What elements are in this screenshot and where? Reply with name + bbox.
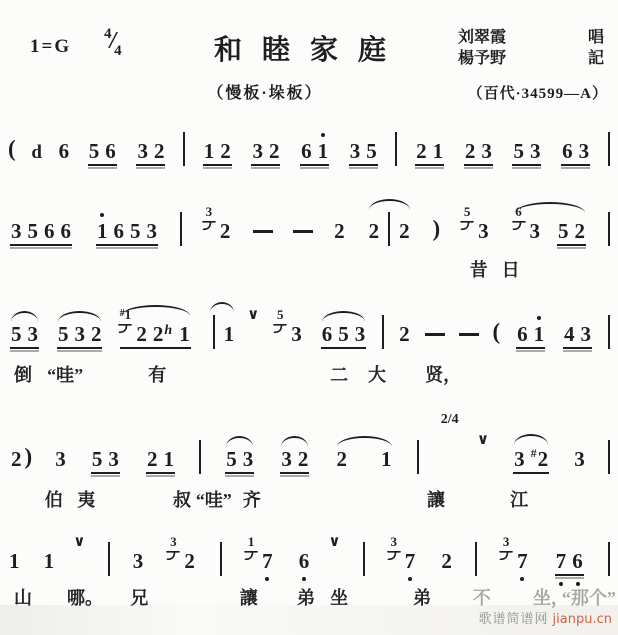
note-digit-3: 3 — [71, 324, 88, 345]
note-digit-3: 3 — [132, 551, 145, 572]
lyrics-row: 伯夷叔“哇”齐讓江 — [8, 486, 610, 510]
credits: 刘翠霞 唱 楊予野 記 — [458, 28, 604, 70]
note-digit-2: 2 — [413, 141, 430, 162]
note-digit-3: 3 — [347, 141, 364, 162]
slur-group: 53 — [8, 324, 41, 345]
digit: 6 — [299, 549, 310, 573]
grace-hook-icon — [273, 323, 287, 334]
digit: 2 — [11, 447, 22, 471]
beamed-group: 17 — [244, 545, 276, 572]
barline — [183, 132, 185, 166]
transcriber-role: 記 — [588, 49, 604, 70]
beamed-group: 56 — [86, 141, 119, 162]
system-4: 2)353215332212/4∨3#23伯夷叔“哇”齐讓江 — [8, 436, 610, 510]
digit: 3 — [530, 219, 541, 243]
note-digit-6: 6 — [559, 141, 576, 162]
beamed-group: 21 — [413, 141, 446, 162]
grace-hook-icon — [166, 550, 180, 561]
lyric-syllable: “哇” — [196, 486, 232, 512]
digit: 1 — [534, 322, 545, 346]
lyric-syllable: 江 — [510, 486, 528, 512]
digit: 3 — [355, 322, 366, 346]
lyrics-row: 山哪。兄讓弟坐弟不坐，“那个” — [8, 584, 610, 608]
lyric-syllable: 日 — [502, 256, 520, 282]
digit: 2 — [399, 219, 410, 243]
pickup-letter: d — [31, 143, 42, 162]
grace-hook-icon — [118, 323, 132, 334]
digit: 2 — [136, 322, 147, 346]
digit: 5 — [130, 219, 141, 243]
note-digit-2: 2 — [217, 141, 234, 162]
grace-note: 3 — [202, 204, 216, 231]
digit: 2 — [538, 447, 549, 471]
grace-note: #1 — [118, 307, 132, 334]
note-digit-1: 1 — [94, 221, 111, 242]
credit-singer: 刘翠霞 唱 — [458, 28, 604, 49]
digit: 6 — [322, 322, 333, 346]
digit: 3 — [74, 322, 85, 346]
digit: 1 — [179, 322, 190, 346]
beamed-group: 3566 — [8, 221, 74, 242]
grace-digit-row: 3 — [391, 534, 398, 550]
duration-dash — [253, 230, 273, 233]
slur-group: 532 — [55, 324, 105, 345]
note-digit-3: 3 — [8, 221, 25, 242]
note-digit-2: 2 — [398, 324, 411, 345]
grace-digit: 6 — [515, 204, 522, 219]
time-signature: 4/4 — [104, 26, 122, 60]
digit: 2 — [399, 322, 410, 346]
duration-dash — [459, 333, 479, 336]
digit: 3 — [579, 139, 590, 163]
grace-digit: 5 — [464, 204, 471, 219]
note-digit-5: 5 — [127, 221, 144, 242]
slur-group: 653 — [319, 324, 369, 345]
barline — [199, 440, 201, 474]
note-digit-4: 4 — [561, 324, 578, 345]
digit: 2 — [298, 447, 309, 471]
grace-digit-row: 5 — [464, 204, 471, 220]
key-signature: 1=G — [30, 36, 71, 58]
high-octave-dot — [321, 133, 325, 137]
note-digit-1: 1 — [315, 141, 332, 162]
note-digit-2: 2 — [295, 449, 312, 470]
digit: 3 — [581, 322, 592, 346]
note-digit-3: 3 — [54, 449, 67, 470]
note-digit-1: 1 — [8, 551, 21, 572]
note-digit-5: 5 — [86, 141, 103, 162]
note-digit-5: 5 — [335, 324, 352, 345]
digit: 1 — [433, 139, 444, 163]
beamed-group: 37 — [499, 545, 531, 572]
beamed-group: 32 — [134, 141, 167, 162]
note-digit-2: 2 — [572, 221, 589, 242]
note-digit-3: 3 — [105, 449, 122, 470]
notation-row: 53532#122h11∨536532(6143 — [8, 311, 610, 345]
note-digit-2: #2 — [528, 447, 552, 470]
lyric-syllable: “哇” — [47, 361, 83, 387]
note-digit-6: 6 — [58, 141, 71, 162]
note-digit-2: 2 — [266, 141, 283, 162]
grace-hook-icon — [512, 220, 526, 231]
digit: 5 — [58, 322, 69, 346]
digit: 1 — [97, 219, 108, 243]
singer-name: 刘翠霞 — [458, 28, 506, 49]
grace-hook-icon — [499, 550, 513, 561]
lyric-syllable: 讓 — [427, 486, 445, 512]
note-digit-7: 7 — [514, 551, 531, 572]
high-octave-dot — [537, 316, 541, 320]
digit: 2 — [465, 139, 476, 163]
high-octave-dot — [100, 213, 104, 217]
note-digit-2: 2 — [366, 221, 383, 242]
system-5: 11∨332176∨3723776山哪。兄讓弟坐弟不坐，“那个” — [8, 538, 610, 608]
open-paren-symbol: ( — [8, 137, 16, 160]
note-digit-5: 5 — [510, 141, 527, 162]
digit: 5 — [513, 139, 524, 163]
lyric-syllable: 叔 — [173, 486, 191, 512]
barline — [608, 542, 610, 576]
digit: 6 — [562, 139, 573, 163]
grace-note: 6 — [512, 204, 526, 231]
grace-digit-row: #1 — [120, 307, 132, 323]
barline — [475, 542, 477, 576]
digit: 2 — [369, 219, 380, 243]
slur-group: 21 — [334, 449, 395, 470]
grace-hook-icon — [387, 550, 401, 561]
sharp-sign: # — [531, 446, 537, 460]
note-digit-6: 6 — [58, 221, 75, 242]
grace-digit: 1 — [248, 534, 255, 549]
note-digit-6: 6 — [102, 141, 119, 162]
barline — [608, 315, 610, 349]
note-digit-1: 1 — [531, 324, 548, 345]
singer-role: 唱 — [588, 28, 604, 49]
breath-mark-icon: ∨ — [328, 532, 340, 550]
watermark: 歌谱简谱网jianpu.cn — [479, 608, 612, 627]
beamed-group: 53 — [89, 449, 122, 470]
beamed-group: 32 — [249, 141, 282, 162]
digit: 3 — [574, 447, 585, 471]
barline — [388, 212, 390, 246]
beamed-group: 35 — [347, 141, 380, 162]
digit: 7 — [556, 549, 567, 573]
slur-group: 22 — [366, 212, 413, 242]
barline — [608, 132, 610, 166]
note-digit-2: 2 — [144, 449, 161, 470]
beamed-group: 37 — [387, 545, 419, 572]
grace-digit-row: 1 — [248, 534, 255, 550]
lyric-syllable: 夷 — [77, 486, 95, 512]
barline — [213, 315, 215, 349]
lyric-syllable: 伯 — [45, 486, 63, 512]
note-digit-3: 3 — [478, 141, 495, 162]
grace-note: 3 — [387, 534, 401, 561]
barline — [608, 440, 610, 474]
notation-row: (d656321232613521235363 — [8, 128, 610, 162]
digit: 1 — [318, 139, 329, 163]
grace-digit-row: 5 — [277, 307, 284, 323]
note-digit-6: 6 — [569, 551, 586, 572]
note-digit-5: 5 — [89, 449, 106, 470]
grace-digit: 1 — [125, 307, 132, 322]
note-digit-3: 3 — [578, 324, 595, 345]
grace-note: 5 — [460, 204, 474, 231]
beamed-group: 32 — [166, 545, 198, 572]
breath-mark-icon: ∨ — [477, 430, 489, 448]
slur-group: 53 — [223, 449, 256, 470]
note-digit-2: 2 — [396, 221, 413, 242]
note-digit-7: 7 — [553, 551, 570, 572]
lyric-syllable: 不 — [473, 584, 491, 610]
lyric-syllable: 兄 — [130, 584, 148, 610]
digit: 1 — [9, 549, 20, 573]
digit: 3 — [481, 139, 492, 163]
note-digit-2: 2h — [150, 324, 176, 345]
note-digit-1: 1 — [221, 324, 238, 345]
beamed-group: 1653 — [94, 221, 160, 242]
note-digit-3: 3 — [288, 324, 305, 345]
digit: 6 — [517, 322, 528, 346]
song-title: 和睦家庭 — [150, 28, 450, 68]
note-digit-6: 6 — [319, 324, 336, 345]
note-digit-3: 3 — [249, 141, 266, 162]
digit: 2 — [184, 549, 195, 573]
note-digit-3: 3 — [352, 324, 369, 345]
lyric-syllable: 昔 — [470, 256, 488, 282]
note-digit-3: 3 — [143, 221, 160, 242]
slur-group: 6352 — [512, 215, 589, 242]
digit: 7 — [405, 549, 416, 573]
grace-digit: 5 — [277, 307, 284, 322]
note-digit-2: 2 — [462, 141, 479, 162]
close-paren-symbol: ) — [433, 217, 441, 240]
note-digit-3: 3 — [573, 449, 586, 470]
record-label: （百代·34599—A） — [468, 82, 608, 103]
digit: 3 — [530, 139, 541, 163]
digit: 1 — [204, 139, 215, 163]
lyric-syllable: 讓 — [240, 584, 258, 610]
digit: 5 — [366, 139, 377, 163]
note-digit-2: 2 — [217, 221, 234, 242]
slur-group: 1 — [207, 315, 238, 345]
note-digit-6: 6 — [298, 141, 315, 162]
note-digit-2: 2 — [333, 221, 346, 242]
note-digit-3: 3 — [475, 221, 492, 242]
transcriber-name: 楊予野 — [458, 49, 506, 70]
low-octave-dot — [520, 577, 524, 581]
digit: 6 — [301, 139, 312, 163]
barline — [417, 440, 419, 474]
digit: 2 — [575, 219, 586, 243]
digit: 3 — [146, 219, 157, 243]
slur-group: 32 — [278, 449, 311, 470]
note-digit-3: 3 — [134, 141, 151, 162]
grace-hook-icon — [202, 220, 216, 231]
breath-mark-icon: ∨ — [73, 532, 85, 550]
digit: 3 — [478, 219, 489, 243]
barline — [180, 212, 182, 246]
note-digit-1: 1 — [43, 551, 56, 572]
digit: 3 — [243, 447, 254, 471]
grace-digit: 3 — [391, 534, 398, 549]
grace-digit-row: 3 — [206, 204, 213, 220]
note-digit-7: 7 — [259, 551, 276, 572]
lyric-syllable: 大 — [368, 361, 386, 387]
digit: 6 — [61, 219, 72, 243]
note-digit-3: 3 — [511, 449, 528, 470]
digit: 2 — [334, 219, 345, 243]
digit: 1 — [164, 447, 175, 471]
lyric-syllable: 二 — [330, 361, 348, 387]
barline — [220, 542, 222, 576]
low-octave-dot — [302, 577, 306, 581]
digit: 6 — [113, 219, 124, 243]
note-digit-5: 5 — [555, 221, 572, 242]
digit: 5 — [89, 139, 100, 163]
beamed-group: 2) — [8, 447, 32, 470]
digit: 5 — [11, 322, 22, 346]
digit: 3 — [350, 139, 361, 163]
digit: 6 — [572, 549, 583, 573]
grace-note: 3 — [166, 534, 180, 561]
system-3: 53532#122h11∨536532(6143倒“哇”有二大贤， — [8, 311, 610, 385]
beamed-group: 32 — [202, 215, 234, 242]
system-1: (d656321232613521235363 — [8, 128, 610, 162]
digit: 3 — [252, 139, 263, 163]
digit: 3 — [133, 549, 144, 573]
digit: 3 — [28, 322, 39, 346]
slur-group: #122h1 — [118, 318, 192, 345]
digit: 2 — [269, 139, 280, 163]
note-digit-7: 7 — [402, 551, 419, 572]
digit: 6 — [59, 139, 70, 163]
digit: 3 — [137, 139, 148, 163]
lyric-syllable: 有 — [148, 361, 166, 387]
digit: 1 — [224, 322, 235, 346]
barline — [363, 542, 365, 576]
grace-digit-row: 3 — [503, 534, 510, 550]
beamed-group: 63 — [559, 141, 592, 162]
open-paren-symbol: ( — [492, 320, 500, 343]
watermark-site-name: 歌谱简谱网 — [479, 612, 549, 627]
grace-hook-icon — [244, 550, 258, 561]
low-octave-dot — [408, 577, 412, 581]
digit: 4 — [564, 322, 575, 346]
beamed-group: 61 — [514, 324, 547, 345]
lyric-syllable: 弟 — [297, 584, 315, 610]
barline — [382, 315, 384, 349]
digit: 2 — [337, 447, 348, 471]
note-digit-6: 6 — [298, 551, 311, 572]
digit: 2 — [441, 549, 452, 573]
duration-dash — [293, 230, 313, 233]
note-digit-3: 3 — [527, 141, 544, 162]
slur-group: 3#2 — [511, 447, 551, 470]
beamed-group: 12 — [201, 141, 234, 162]
lyric-syllable: 坐 — [330, 584, 348, 610]
digit: 5 — [28, 219, 39, 243]
meter-change: 2/4 — [441, 412, 459, 428]
barline — [395, 132, 397, 166]
note-digit-1: 1 — [430, 141, 447, 162]
lyric-syllable: 齐 — [243, 486, 261, 512]
digit: 2 — [153, 322, 164, 346]
system-2: 3566165332222)536352昔日 — [8, 208, 610, 280]
digit: 3 — [281, 447, 292, 471]
note-digit-3: 3 — [278, 449, 295, 470]
note-digit-2: 2 — [8, 449, 25, 470]
grace-hook-icon — [460, 220, 474, 231]
grace-digit: 3 — [503, 534, 510, 549]
digit: 2 — [220, 139, 231, 163]
note-digit-6: 6 — [110, 221, 127, 242]
digit: 3 — [514, 447, 525, 471]
note-digit-3: 3 — [240, 449, 257, 470]
note-digit-6: 6 — [514, 324, 531, 345]
digit: 5 — [226, 447, 237, 471]
lyric-syllable: 山 — [14, 584, 32, 610]
duration-dash — [425, 333, 445, 336]
note-digit-5: 5 — [25, 221, 42, 242]
grace-digit: 3 — [206, 204, 213, 219]
digit: 2 — [147, 447, 158, 471]
grace-digit: 3 — [170, 534, 177, 549]
digit: 2 — [91, 322, 102, 346]
beamed-group: 53 — [510, 141, 543, 162]
note-digit-2: 2 — [440, 551, 453, 572]
note-digit-3: 3 — [527, 221, 544, 242]
beamed-group: 43 — [561, 324, 594, 345]
digit: 5 — [92, 447, 103, 471]
lyric-syllable: “那个” — [562, 584, 616, 610]
digit: 2 — [416, 139, 427, 163]
grace-digit-row: 3 — [170, 534, 177, 550]
note-digit-3: 3 — [576, 141, 593, 162]
notation-row: 3566165332222)536352 — [8, 208, 610, 242]
lyric-syllable: 贤， — [425, 361, 461, 387]
credit-transcriber: 楊予野 記 — [458, 49, 604, 70]
beamed-group: 21 — [144, 449, 177, 470]
digit: 2 — [220, 219, 231, 243]
digit: 3 — [291, 322, 302, 346]
note-digit-1: 1 — [176, 324, 193, 345]
grace-note: 5 — [273, 307, 287, 334]
grace-note: 3 — [499, 534, 513, 561]
digit: 6 — [44, 219, 55, 243]
lyric-syllable: 倒 — [14, 361, 32, 387]
digit: 3 — [55, 447, 66, 471]
note-digit-2: 2 — [151, 141, 168, 162]
beamed-group: 53 — [460, 215, 492, 242]
lyrics-row: 昔日 — [8, 256, 610, 280]
digit: 6 — [105, 139, 116, 163]
note-digit-5: 5 — [223, 449, 240, 470]
digit: 3 — [108, 447, 119, 471]
lyrics-row: 倒“哇”有二大贤， — [8, 361, 610, 385]
digit: 7 — [262, 549, 273, 573]
lyric-syllable: 哪。 — [67, 584, 103, 610]
digit: 1 — [381, 447, 392, 471]
notation-row: 2)353215332212/4∨3#23 — [8, 436, 610, 470]
note-digit-1: 1 — [378, 449, 395, 470]
note-digit-2: 2 — [88, 324, 105, 345]
note-digit-2: 2 — [181, 551, 198, 572]
lyric-syllable: 弟 — [413, 584, 431, 610]
breath-mark-icon: ∨ — [247, 305, 259, 323]
close-paren-symbol: ) — [25, 445, 33, 468]
note-digit-6: 6 — [41, 221, 58, 242]
